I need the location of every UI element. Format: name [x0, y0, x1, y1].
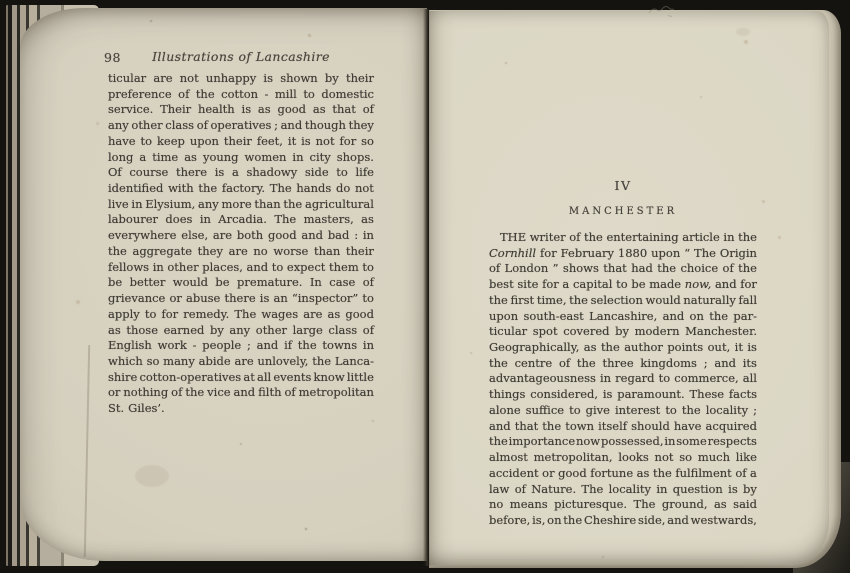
chapter-number: IV	[489, 178, 757, 193]
text-line: ticularspotcoveredbymodernManchester.	[489, 324, 757, 340]
text-line: theimportancenowpossessed,insomerespects	[489, 434, 757, 450]
text-line: service.Theirhealthisasgoodasthatof	[108, 102, 374, 118]
text-line: whichsomanyabideareunlovely,theLanca-	[108, 354, 374, 370]
text-line: identifiedwiththefactory.Thehandsdonot	[108, 181, 374, 197]
text-line: St.Giles’.	[108, 401, 374, 417]
foxing-spot	[76, 300, 80, 304]
text-line: uponsouth-eastLancashire,andonthepar-	[489, 309, 757, 325]
right-page-text: THEwriteroftheentertainingarticleintheCo…	[489, 230, 757, 529]
chapter-title: MANCHESTER	[489, 206, 757, 217]
foxing-spot	[372, 420, 374, 422]
foxing-spot	[744, 40, 748, 44]
foxing-spot	[305, 528, 307, 530]
text-line: nomeanspicturesque.Theground,assaid	[489, 497, 757, 513]
text-line: lawofNature.Thelocalityinquestionisby	[489, 482, 757, 498]
text-line: anyotherclassofoperatives;andthoughthey	[108, 118, 374, 134]
foxing-spot	[135, 465, 169, 487]
text-line: ornothingoftheviceandfilthofmetropolitan	[108, 385, 374, 401]
running-header: Illustrations of Lancashire	[108, 49, 374, 64]
text-line: liveinElysium,anymorethantheagricultural	[108, 197, 374, 213]
text-line: shirecotton-operativesatalleventsknowlit…	[108, 370, 374, 386]
foxing-spot	[700, 96, 702, 98]
text-line: grievanceorabusethereisan“inspector”to	[108, 291, 374, 307]
text-line: THEwriteroftheentertainingarticleinthe	[489, 230, 757, 246]
text-line: thefirsttime,theselectionwouldnaturallyf…	[489, 293, 757, 309]
foxing-spot	[736, 28, 750, 36]
gutter-shadow	[423, 9, 430, 566]
foxing-spot	[762, 200, 765, 203]
text-line: thingsconsidered,isparamount.Thesefacts	[489, 387, 757, 403]
text-line: fellowsinotherplaces,andtoexpectthemto	[108, 260, 374, 276]
text-line: bestsiteforacapitaltobemadenow,andfor	[489, 277, 757, 293]
text-line: alonesufficetogiveinteresttothelocality;	[489, 403, 757, 419]
foxing-spot	[470, 352, 472, 354]
text-line: advantageousnessinregardtocommerce,all	[489, 371, 757, 387]
text-line: Ofcoursethereisashadowysidetolife	[108, 165, 374, 181]
text-line: labourerdoesinArcadia.Themasters,as	[108, 212, 374, 228]
text-line: ticulararenotunhappyisshownbytheir	[108, 71, 374, 87]
text-line: everywhereelse,arebothgoodandbad:in	[108, 228, 374, 244]
text-line: before,is,ontheCheshireside,andwestwards…	[489, 513, 757, 529]
foxing-spot	[778, 236, 781, 239]
text-line: accidentorgoodfortuneasthefulfilmentofa	[489, 466, 757, 482]
foxing-spot	[505, 62, 507, 64]
text-line: Englishwork-people;andifthetownsin	[108, 338, 374, 354]
foxing-spot	[96, 122, 99, 125]
text-line: bebetterwouldbepremature.Incaseof	[108, 275, 374, 291]
text-line: Geographically,astheauthorpointsout,itis	[489, 340, 757, 356]
foxing-spot	[308, 34, 311, 37]
text-line: ofLondon”showsthathadthechoiceofthe	[489, 261, 757, 277]
text-line: asthoseearnedbyanyotherlargeclassof	[108, 323, 374, 339]
text-line: thecentreofthethreekingdoms;andits	[489, 356, 757, 372]
pencil-mark	[646, 4, 684, 20]
left-page-text: ticulararenotunhappyisshownbytheirprefer…	[108, 71, 374, 417]
text-line: theaggregatetheyarenoworsethantheir	[108, 244, 374, 260]
text-line: havetokeepupontheirfeet,itisnotforso	[108, 134, 374, 150]
foxing-spot	[602, 556, 604, 558]
text-line: andthatthetownitselfshouldhaveacquired	[489, 419, 757, 435]
foxing-spot	[240, 443, 242, 445]
text-line: almostmetropolitan,looksnotsomuchlike	[489, 450, 757, 466]
book-scan: 98 Illustrations of Lancashire ticularar…	[0, 0, 850, 573]
text-line: applytoforremedy.Thewagesareasgood	[108, 307, 374, 323]
text-line: CornhillforFebruary1880upon“TheOrigin	[489, 246, 757, 262]
foxing-spot	[150, 20, 152, 22]
text-line: longatimeasyoungwomenincityshops.	[108, 150, 374, 166]
text-line: preferenceofthecotton-milltodomestic	[108, 87, 374, 103]
